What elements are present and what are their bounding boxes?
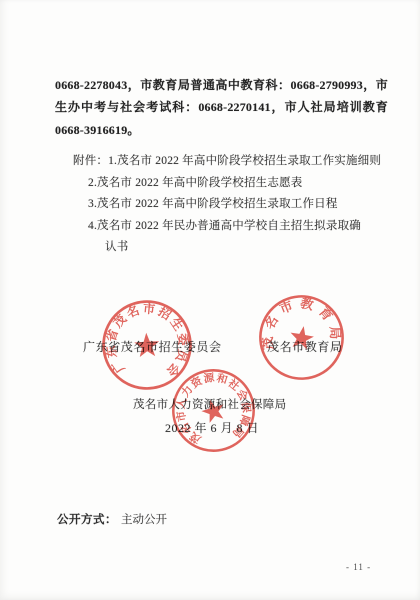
disclosure-method-line: 公开方式：主动公开: [57, 511, 167, 527]
contact-phone-paragraph: 0668-2278043，市教育局普通高中教育科：0668-2790993，市招…: [55, 74, 388, 141]
attachment-item: 1.茂名市 2022 年高中阶段学校招生录取工作实施细则: [108, 155, 381, 167]
attachments-list: 附件：1.茂名市 2022 年高中阶段学校招生录取工作实施细则 2.茂名市 20…: [73, 151, 393, 259]
contact-line: 0668-2278043，市教育局普通高中教育科：0668-2790993，市招: [55, 74, 388, 96]
attachment-line: 附件：1.茂名市 2022 年高中阶段学校招生录取工作实施细则: [73, 151, 393, 173]
attachment-item: 4.茂名市 2022 年民办普通高中学校自主招生拟录取确: [88, 216, 393, 238]
seal-stamp-icon: 茂名市教育局: [254, 290, 349, 385]
page-number: - 11 -: [346, 562, 371, 572]
star-icon: [134, 332, 160, 357]
attachment-item: 2.茂名市 2022 年高中阶段学校招生志愿表: [88, 173, 393, 195]
attachment-item: 3.茂名市 2022 年高中阶段学校招生录取工作日程: [88, 194, 393, 216]
official-seal-hr-bureau: 茂名市人力资源和社会保障局: [165, 362, 262, 459]
contact-line: 0668-3916619。: [55, 119, 388, 141]
disclosure-value: 主动公开: [121, 514, 167, 526]
official-seal-education-bureau: 茂名市教育局: [254, 290, 349, 385]
attachments-label: 附件：: [73, 155, 108, 167]
seal-stamp-icon: 茂名市人力资源和社会保障局: [165, 362, 262, 459]
attachment-item-continuation: 认书: [105, 237, 393, 259]
scanned-official-document-page: 0668-2278043，市教育局普通高中教育科：0668-2790993，市招…: [0, 0, 420, 600]
star-icon: [199, 396, 228, 424]
star-icon: [288, 324, 315, 350]
disclosure-label: 公开方式：: [57, 514, 117, 526]
contact-line: 生办中考与社会考试科：0668-2270141，市人社局培训教育科：: [55, 96, 388, 118]
